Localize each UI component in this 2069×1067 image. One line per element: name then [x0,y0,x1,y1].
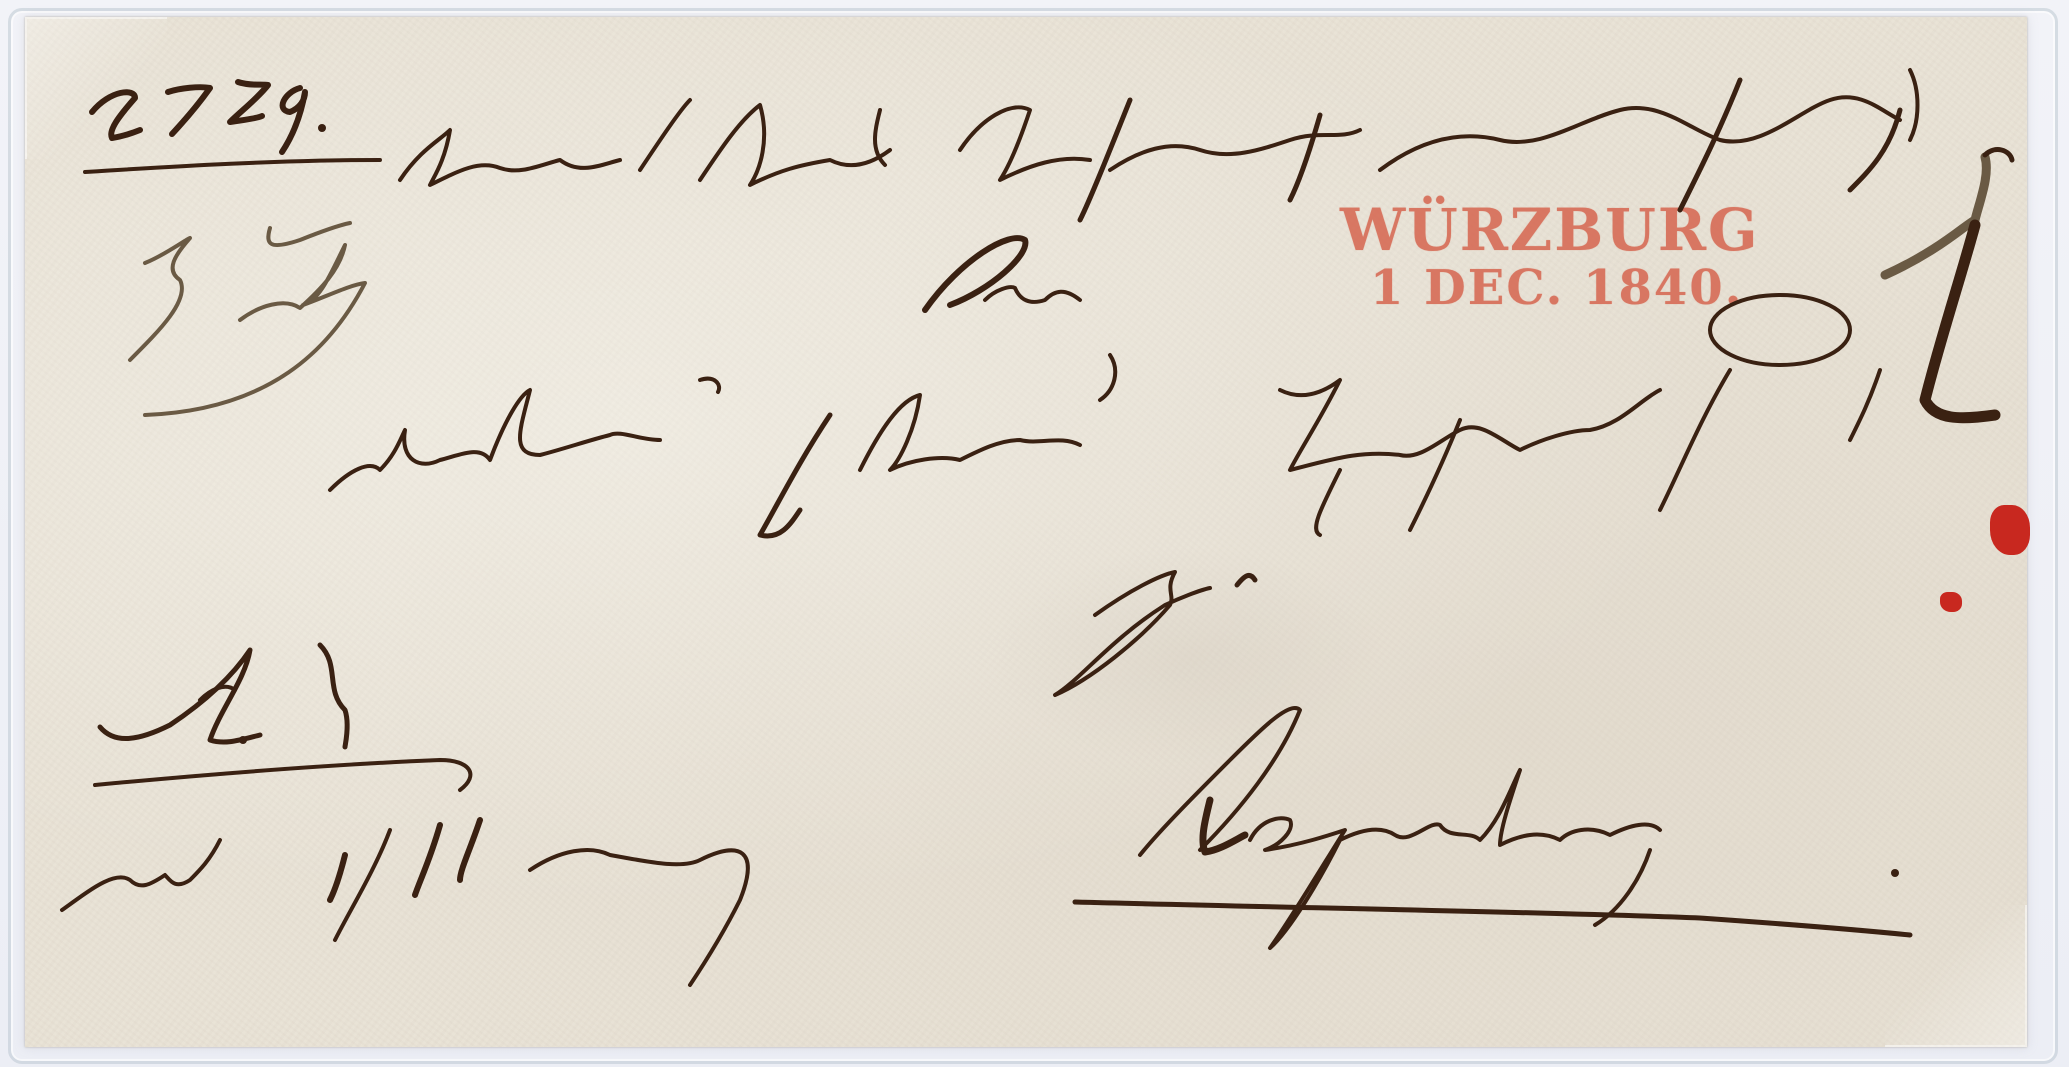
rate-mark-ink [1885,150,2012,418]
service-notes-ink [62,645,748,985]
postage-mark-ink [130,223,365,415]
destination-ink [1075,708,1910,948]
preposition-ink [1055,572,1255,695]
handwriting-layer [0,0,2069,1067]
sender-line-ink [400,70,1918,220]
addressee-ink [330,295,1880,536]
scan-background: WÜRZBURG 1 DEC. 1840. [0,0,2069,1067]
docket-number-ink [85,82,380,172]
address-prefix-ink [925,238,1080,310]
